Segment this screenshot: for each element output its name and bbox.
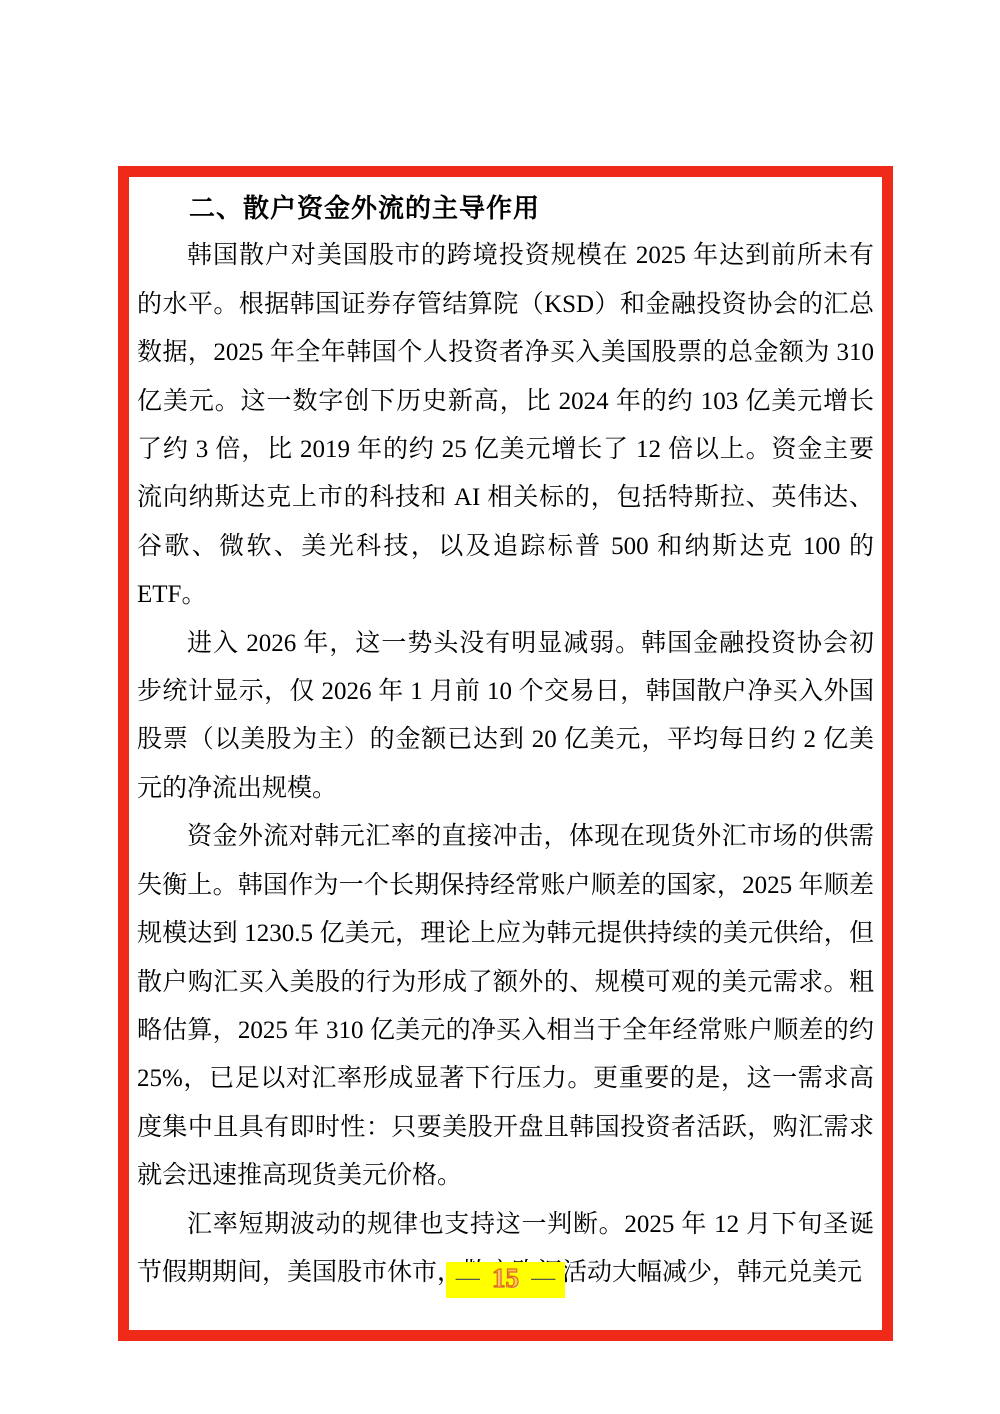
page-content: 二、散户资金外流的主导作用 韩国散户对美国股市的跨境投资规模在 2025 年达到… xyxy=(129,177,882,1297)
page-number: 15 xyxy=(486,1263,525,1293)
document-page: 二、散户资金外流的主导作用 韩国散户对美国股市的跨境投资规模在 2025 年达到… xyxy=(0,0,1000,1414)
footer-dash-left: — xyxy=(456,1265,480,1291)
page-number-highlight: — 15 — xyxy=(446,1262,566,1298)
page-footer: — 15 — xyxy=(129,1262,882,1298)
body-paragraph: 资金外流对韩元汇率的直接冲击，体现在现货外汇市场的供需失衡上。韩国作为一个长期保… xyxy=(137,813,874,1200)
red-border-frame: 二、散户资金外流的主导作用 韩国散户对美国股市的跨境投资规模在 2025 年达到… xyxy=(118,166,893,1341)
section-heading: 二、散户资金外流的主导作用 xyxy=(137,184,874,232)
body-paragraph: 韩国散户对美国股市的跨境投资规模在 2025 年达到前所未有的水平。根据韩国证券… xyxy=(137,232,874,619)
footer-dash-right: — xyxy=(531,1265,555,1291)
body-paragraph: 进入 2026 年，这一势头没有明显减弱。韩国金融投资协会初步统计显示，仅 20… xyxy=(137,620,874,814)
